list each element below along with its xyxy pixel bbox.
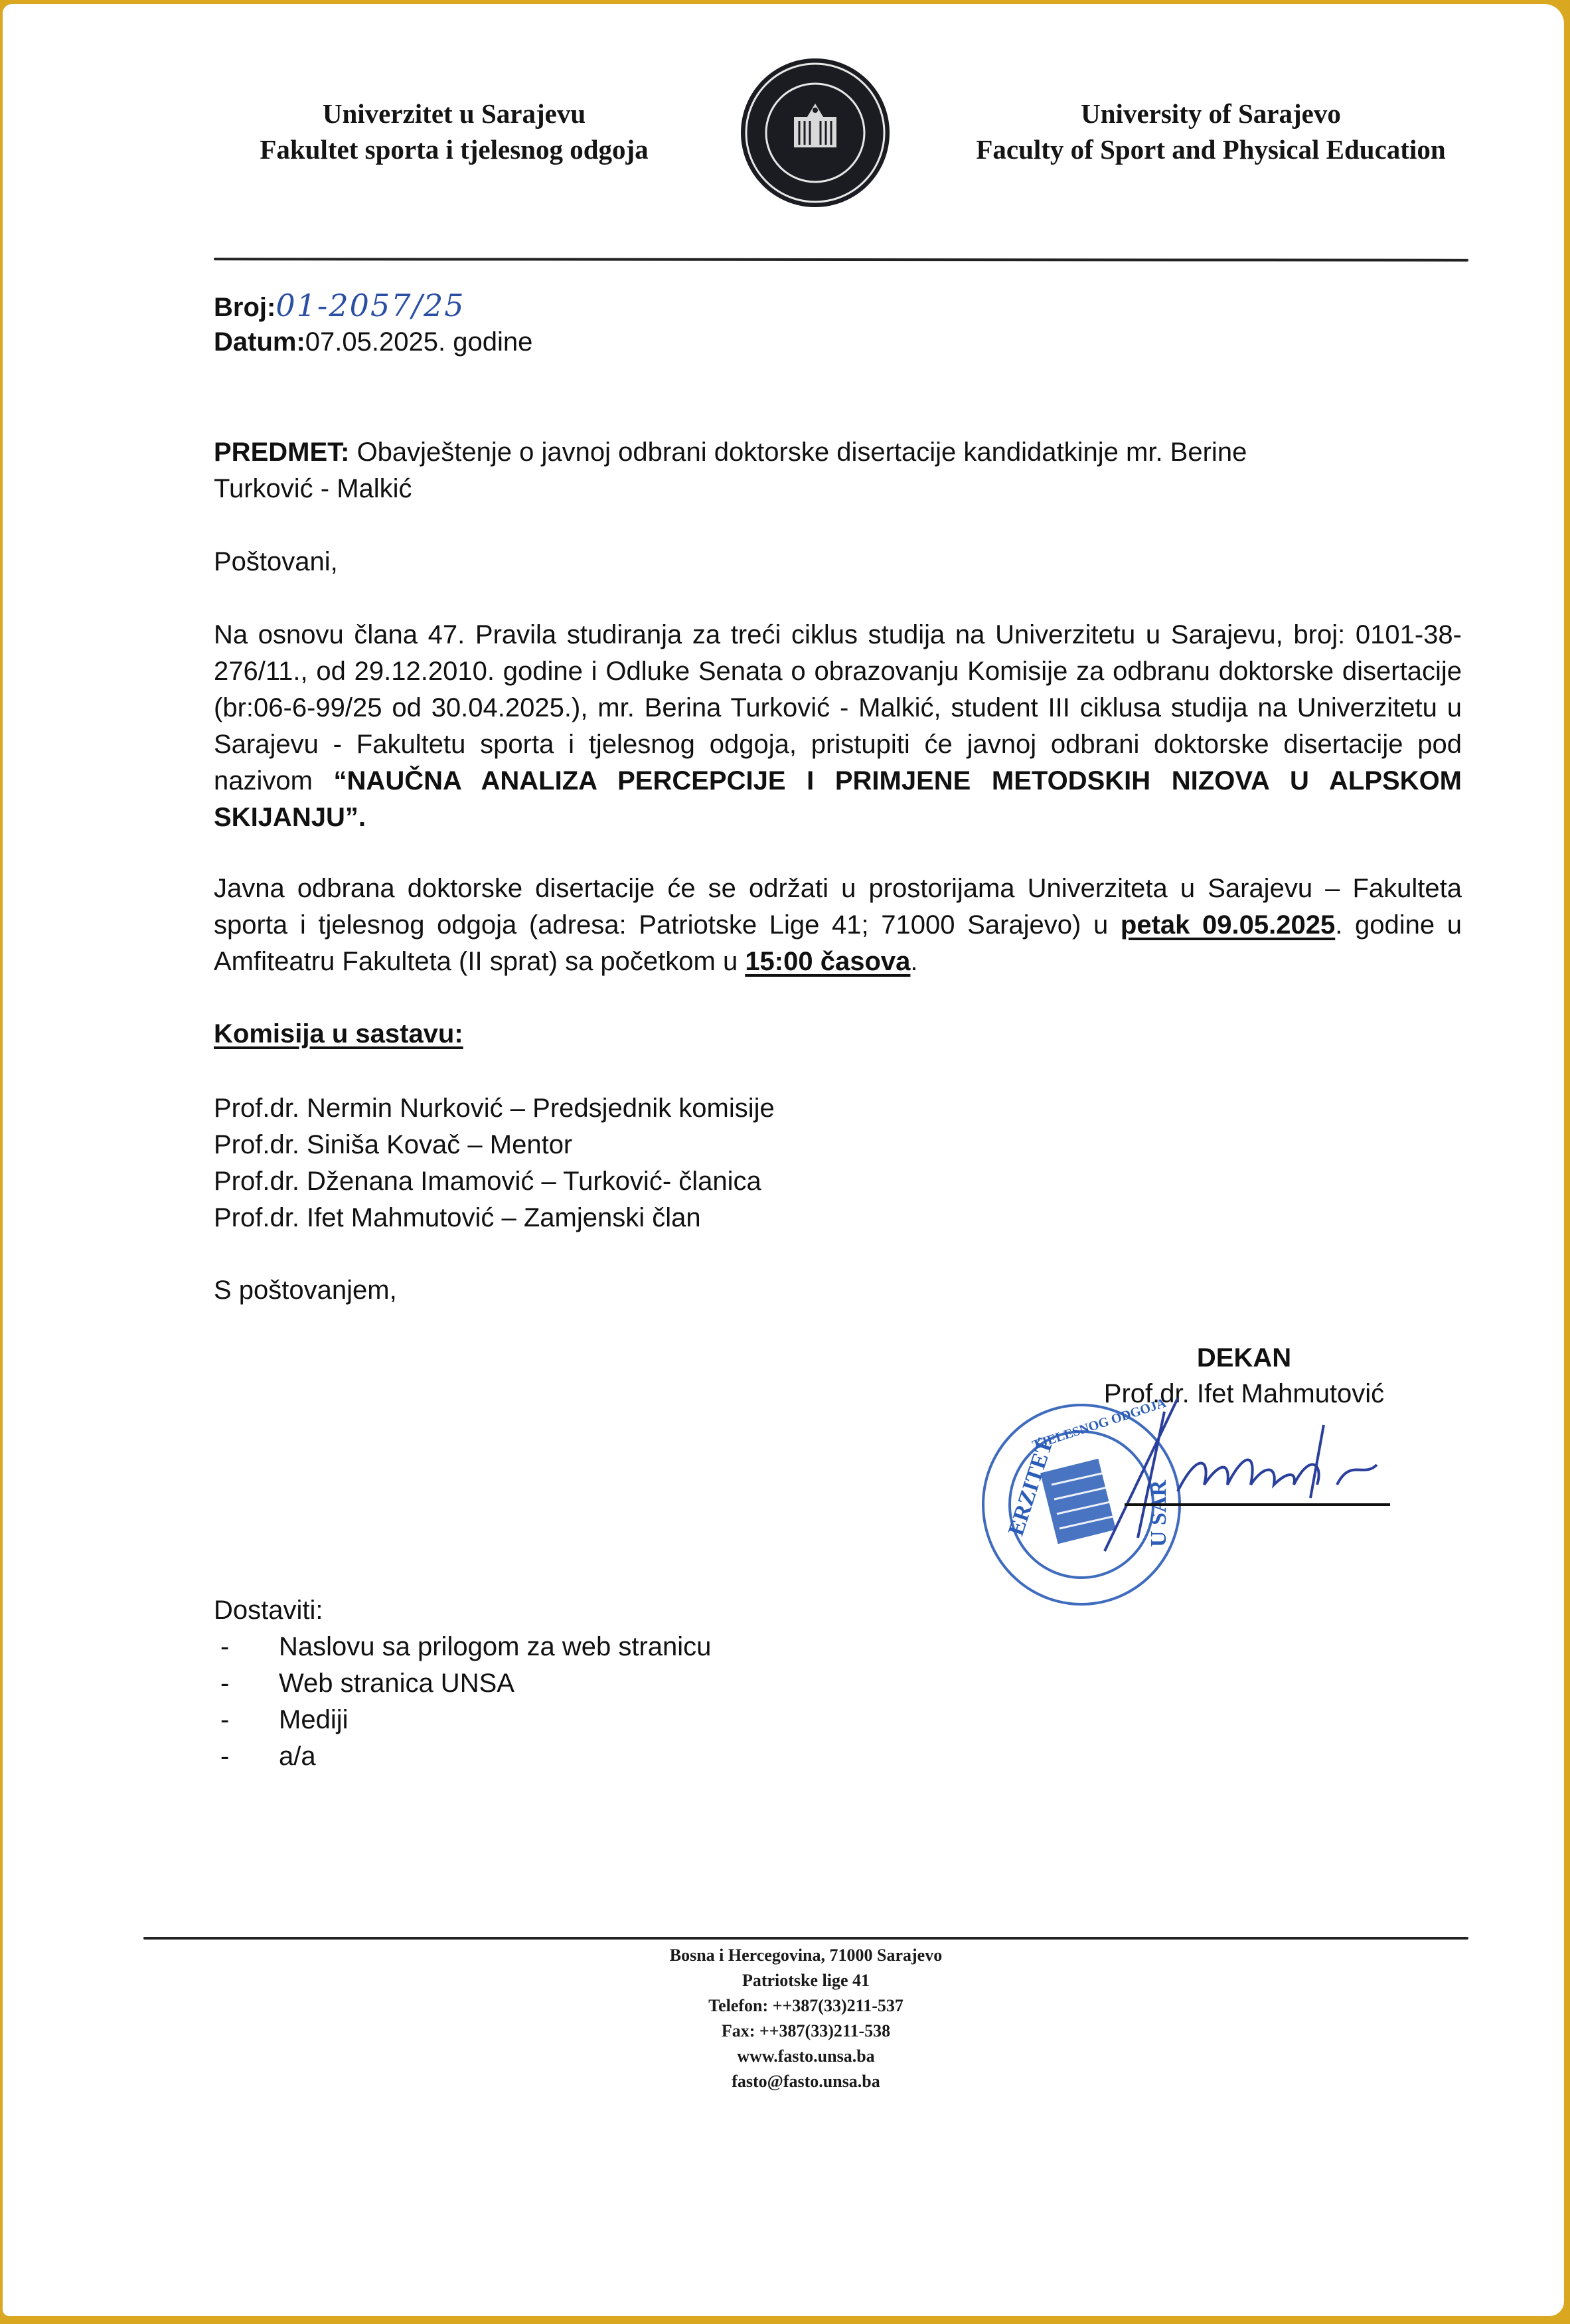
subject-line: PREDMET: Obavještenje o javnoj odbrani d…: [214, 434, 1247, 507]
handwritten-number: 01-2057/25: [275, 288, 465, 323]
distribution-label: Dostaviti:: [214, 1592, 711, 1629]
header-faculty-en: Faculty of Sport and Physical Education: [945, 131, 1476, 167]
reference-date: Datum:07.05.2025. godine: [214, 325, 532, 359]
commission-member: Prof.dr. Ifet Mahmutović – Zamjenski čla…: [214, 1200, 775, 1236]
header-right: University of Sarajevo Faculty of Sport …: [945, 96, 1476, 167]
footer-country: Bosna i Hercegovina, 71000 Sarajevo: [600, 1943, 1012, 1968]
header-left: Univerzitet u Sarajevu Fakultet sporta i…: [222, 96, 686, 167]
distribution-block: Dostaviti: -Naslovu sa prilogom za web s…: [214, 1592, 711, 1775]
distribution-item: -Mediji: [214, 1702, 711, 1738]
header-university-en: University of Sarajevo: [945, 96, 1476, 131]
university-seal-icon: [738, 56, 892, 210]
distribution-item: -Web stranica UNSA: [214, 1665, 711, 1702]
footer-website: www.fasto.unsa.ba: [600, 2044, 1012, 2069]
commission-member: Prof.dr. Nermin Nurković – Predsjednik k…: [214, 1090, 775, 1127]
paragraph-legal-basis: Na osnovu člana 47. Pravila studiranja z…: [214, 617, 1462, 836]
greeting: Poštovani,: [214, 544, 338, 580]
commission-list: Prof.dr. Nermin Nurković – Predsjednik k…: [214, 1090, 775, 1236]
footer-fax: Fax: ++387(33)211-538: [600, 2019, 1012, 2044]
closing: S poštovanjem,: [214, 1272, 397, 1309]
commission-heading: Komisija u sastavu:: [214, 1016, 463, 1052]
reference-number: Broj:01-2057/25: [214, 288, 532, 325]
commission-member: Prof.dr. Dženana Imamović – Turković- čl…: [214, 1163, 775, 1200]
header-faculty-bs: Fakultet sporta i tjelesnog odgoja: [222, 131, 686, 167]
distribution-item: -a/a: [214, 1738, 711, 1775]
footer-divider: [143, 1937, 1468, 1940]
footer-street: Patriotske lige 41: [600, 1968, 1012, 1993]
handwritten-signature-icon: [1045, 1385, 1443, 1558]
subject-label: PREDMET:: [214, 438, 349, 467]
footer-contact: Bosna i Hercegovina, 71000 Sarajevo Patr…: [600, 1943, 1012, 2094]
footer-email: fasto@fasto.unsa.ba: [600, 2069, 1012, 2094]
header-divider: [214, 258, 1468, 262]
subject-text: Obavještenje o javnoj odbrani doktorske …: [349, 438, 1247, 467]
reference-block: Broj:01-2057/25 Datum:07.05.2025. godine: [214, 288, 532, 359]
defense-time: 15:00 časova: [745, 947, 910, 976]
dissertation-title: “NAUČNA ANALIZA PERCEPCIJE I PRIMJENE ME…: [214, 766, 1462, 832]
signatory-title: DEKAN: [1071, 1340, 1417, 1376]
header-university-bs: Univerzitet u Sarajevu: [222, 96, 686, 131]
letter-page: Univerzitet u Sarajevu Fakultet sporta i…: [3, 4, 1564, 2316]
distribution-item: -Naslovu sa prilogom za web stranicu: [214, 1629, 711, 1665]
footer-phone: Telefon: ++387(33)211-537: [600, 1993, 1012, 2019]
defense-date: petak 09.05.2025: [1121, 910, 1335, 940]
paragraph-defense-details: Javna odbrana doktorske disertacije će s…: [214, 871, 1462, 980]
commission-member: Prof.dr. Siniša Kovač – Mentor: [214, 1127, 775, 1163]
